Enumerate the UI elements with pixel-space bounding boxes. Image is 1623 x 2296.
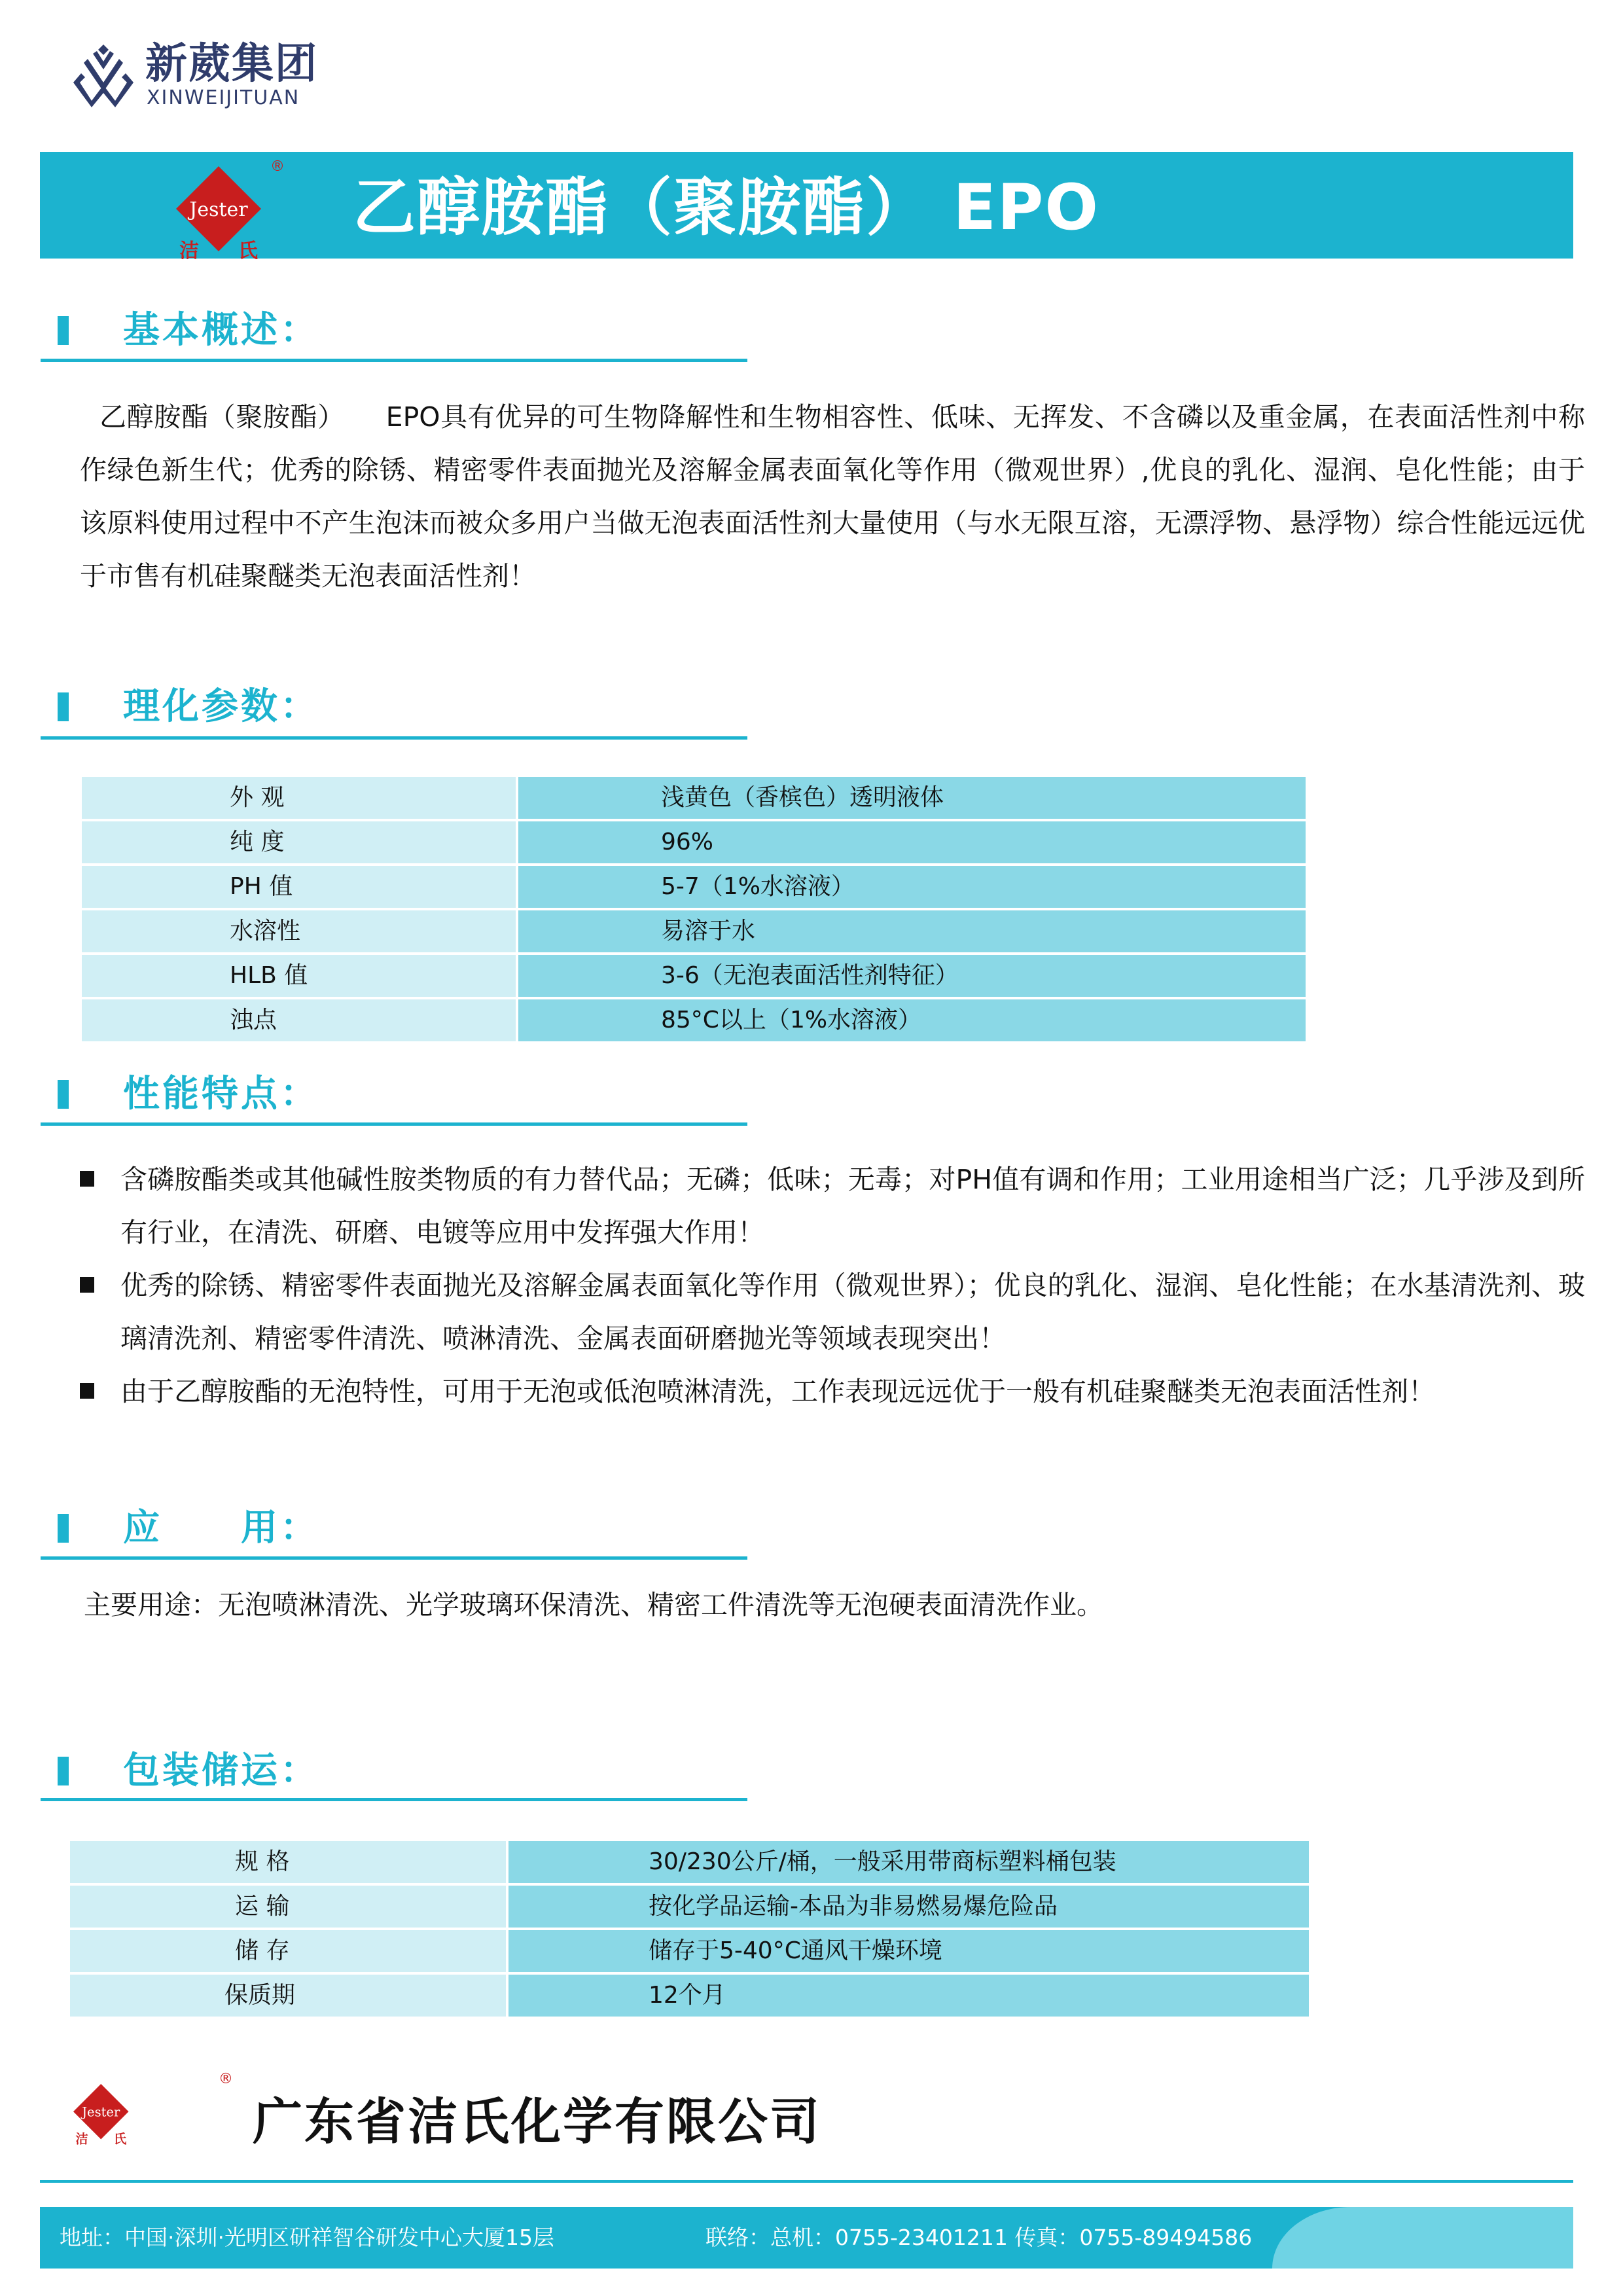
param-value: 96% xyxy=(518,821,1306,863)
param-value: 3-6（无泡表面活性剂特征） xyxy=(518,955,1306,997)
packaging-label: 运 输 xyxy=(70,1886,506,1928)
packaging-label: 规 格 xyxy=(70,1841,506,1883)
jester-logo: Jester 洁 氏 xyxy=(73,2084,129,2152)
section-header-params: 理化参数： xyxy=(41,674,747,740)
footer-contact: 联络：总机：0755-23401211 传真：0755-89494586 xyxy=(705,2207,1252,2269)
packaging-label: 保质期 xyxy=(70,1975,506,2017)
square-bullet-icon xyxy=(80,1171,94,1187)
section-bullet-icon xyxy=(58,316,69,345)
section-bullet-icon xyxy=(58,1514,69,1543)
param-value: 85°C以上（1%水溶液） xyxy=(518,999,1306,1041)
brand-cn-2: 氏 xyxy=(238,240,258,263)
feature-text: 由于乙醇胺酯的无泡特性，可用于无泡或低泡喷淋清洗，工作表现远远优于一般有机硅聚醚… xyxy=(120,1365,1585,1418)
param-value: 易溶于水 xyxy=(518,910,1306,952)
section-title: 应 用： xyxy=(123,1505,319,1551)
section-title: 基本概述： xyxy=(123,308,319,353)
section-title: 理化参数： xyxy=(123,684,319,730)
section-title: 性能特点： xyxy=(123,1071,319,1117)
title-banner: Jester 洁 氏 ® 乙醇胺酯（聚胺酯） EPO xyxy=(40,152,1573,259)
section-header-packaging: 包装储运： xyxy=(41,1736,747,1801)
application-text: 主要用途：无泡喷淋清洗、光学玻璃环保清洗、精密工件清洗等无泡硬表面清洗作业。 xyxy=(84,1579,1576,1632)
feature-text: 含磷胺酯类或其他碱性胺类物质的有力替代品；无磷；低味；无毒；对PH值有调和作用；… xyxy=(120,1153,1585,1259)
section-header-application: 应 用： xyxy=(41,1494,747,1560)
brand-cn-1: 洁 xyxy=(179,240,199,263)
overview-text: 乙醇胺酯（聚胺酯） EPO具有优异的可生物降解性和生物相容性、低味、无挥发、不含… xyxy=(80,391,1585,603)
table-row: 外 观 浅黄色（香槟色）透明液体 xyxy=(82,777,1306,819)
packaging-value: 储存于5-40°C通风干燥环境 xyxy=(508,1930,1309,1972)
square-bullet-icon xyxy=(80,1277,94,1293)
footer-divider xyxy=(40,2180,1573,2183)
params-table: 外 观 浅黄色（香槟色）透明液体 纯 度 96% PH 值 5-7（1%水溶液）… xyxy=(82,777,1306,1044)
brand-cn-2: 氏 xyxy=(114,2132,127,2147)
footer-address: 地址：中国·深圳·光明区研祥智谷研发中心大厦15层 xyxy=(60,2207,554,2269)
table-row: PH 值 5-7（1%水溶液） xyxy=(82,866,1306,908)
decorative-swoosh xyxy=(1272,2207,1573,2269)
table-row: 纯 度 96% xyxy=(82,821,1306,863)
param-value: 5-7（1%水溶液） xyxy=(518,866,1306,908)
table-row: 浊点 85°C以上（1%水溶液） xyxy=(82,999,1306,1041)
registered-mark: ® xyxy=(219,2071,233,2087)
feature-text: 优秀的除锈、精密零件表面抛光及溶解金属表面氧化等作用（微观世界）；优良的乳化、湿… xyxy=(120,1259,1585,1365)
packaging-value: 按化学品运输-本品为非易燃易爆危险品 xyxy=(508,1886,1309,1928)
table-row: 运 输 按化学品运输-本品为非易燃易爆危险品 xyxy=(70,1886,1309,1928)
packaging-table: 规 格 30/230公斤/桶，一般采用带商标塑料桶包装 运 输 按化学品运输-本… xyxy=(70,1841,1309,2019)
param-label: 水溶性 xyxy=(82,910,516,952)
param-label: PH 值 xyxy=(82,866,516,908)
packaging-value: 12个月 xyxy=(508,1975,1309,2017)
svg-text:Jester: Jester xyxy=(80,2104,120,2119)
corp-logo: 新葳集团 XINWEIJITUAN xyxy=(73,39,348,111)
corp-name-pinyin: XINWEIJITUAN xyxy=(147,88,300,109)
param-value: 浅黄色（香槟色）透明液体 xyxy=(518,777,1306,819)
section-title: 包装储运： xyxy=(123,1748,319,1794)
page-title: 乙醇胺酯（聚胺酯） EPO xyxy=(353,165,1099,250)
company-name: 广东省洁氏化学有限公司 xyxy=(253,2089,821,2155)
registered-mark: ® xyxy=(270,158,285,175)
section-bullet-icon xyxy=(58,1757,69,1785)
packaging-label: 储 存 xyxy=(70,1930,506,1972)
table-row: 储 存 储存于5-40°C通风干燥环境 xyxy=(70,1930,1309,1972)
jester-diamond-icon: Jester xyxy=(176,166,261,251)
section-header-overview: 基本概述： xyxy=(41,296,747,362)
brand-cn-1: 洁 xyxy=(75,2132,88,2147)
param-label: 纯 度 xyxy=(82,821,516,863)
section-bullet-icon xyxy=(58,1080,69,1109)
square-bullet-icon xyxy=(80,1383,94,1399)
footer-brand-logo: Jester 洁 氏 ® xyxy=(73,2075,171,2173)
param-label: HLB 值 xyxy=(82,955,516,997)
corp-name: 新葳集团 xyxy=(145,41,318,88)
section-bullet-icon xyxy=(58,692,69,721)
section-header-features: 性能特点： xyxy=(41,1060,747,1126)
table-row: 保质期 12个月 xyxy=(70,1975,1309,2017)
table-row: HLB 值 3-6（无泡表面活性剂特征） xyxy=(82,955,1306,997)
param-label: 外 观 xyxy=(82,777,516,819)
svg-text:Jester: Jester xyxy=(187,198,248,221)
table-row: 规 格 30/230公斤/桶，一般采用带商标塑料桶包装 xyxy=(70,1841,1309,1883)
footer-contact-bar: 地址：中国·深圳·光明区研祥智谷研发中心大厦15层 联络：总机：0755-234… xyxy=(40,2207,1573,2269)
packaging-value: 30/230公斤/桶，一般采用带商标塑料桶包装 xyxy=(508,1841,1309,1883)
jester-logo: Jester 洁 氏 xyxy=(176,166,261,271)
table-row: 水溶性 易溶于水 xyxy=(82,910,1306,952)
diamond-lattice-icon xyxy=(73,45,134,107)
param-label: 浊点 xyxy=(82,999,516,1041)
